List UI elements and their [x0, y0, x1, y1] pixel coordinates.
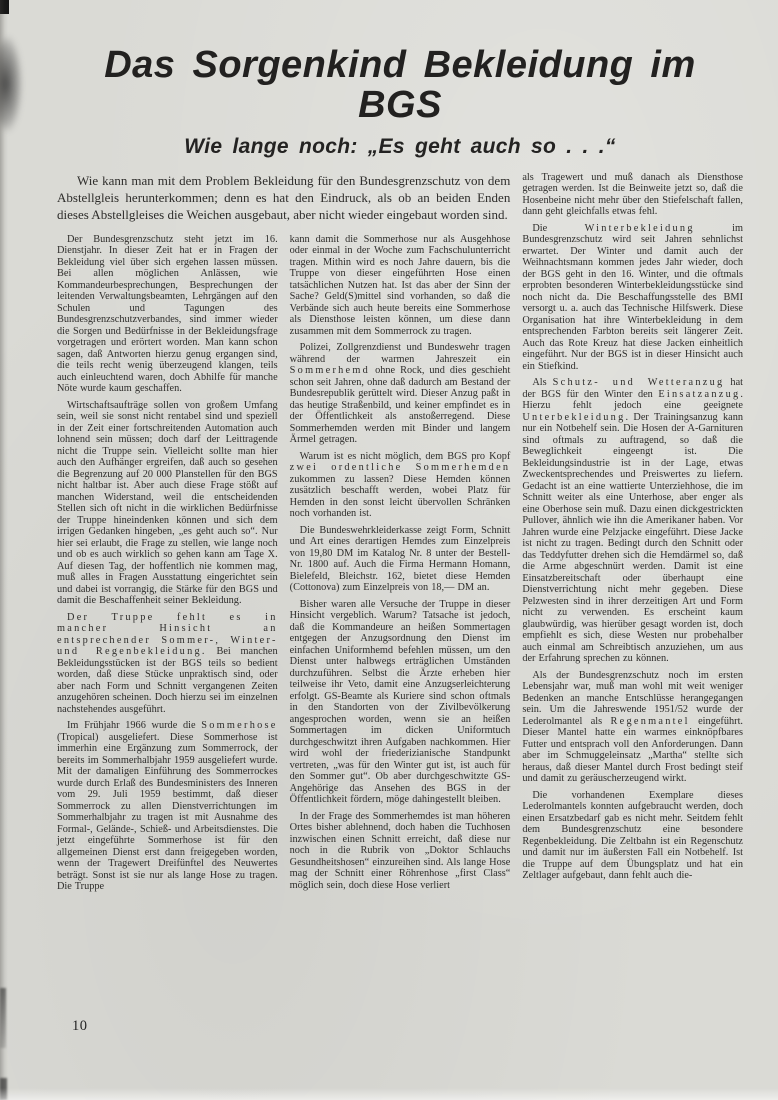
body-text: zukommen zu lassen? Diese Hemden können … [290, 474, 511, 520]
article-body: Wie kann man mit dem Problem Bekleidung … [57, 172, 743, 893]
paragraph: Die vorhandenen Exemplare dieses Lederol… [522, 790, 743, 882]
emphasized-spaced-text: Winterbekleidung [585, 223, 695, 234]
magazine-page: Das Sorgenkind Bekleidung im BGS Wie lan… [0, 0, 778, 1100]
paragraph: Polizei, Zollgrenzdienst und Bundeswehr … [290, 342, 511, 446]
body-text: im Bundesgrenzschutz wird seit Jahren se… [522, 223, 743, 372]
body-text: Wirtschaftsaufträge sollen von großem Um… [57, 400, 278, 607]
paragraph: Die Bundeswehrkleiderkasse zeigt Form, S… [290, 525, 511, 594]
body-text: als Tragewert und muß danach als Diensth… [522, 172, 743, 218]
text-column-left: Der Bundesgrenzschutz steht jetzt im 16.… [57, 234, 278, 893]
paragraph: Im Frühjahr 1966 wurde die Sommerhose (T… [57, 720, 278, 893]
scan-bottom-edge [0, 1088, 778, 1100]
body-text: Bisher waren alle Versuche der Truppe in… [290, 599, 511, 806]
body-text: Warum ist es nicht möglich, dem BGS pro … [300, 451, 511, 462]
body-text: . Der Trainingsanzug kann nur ein Notbeh… [522, 412, 743, 665]
body-text: In der Frage des Sommerhemdes ist man hö… [290, 811, 511, 891]
body-text: kann damit die Sommerhose nur als Ausgeh… [290, 234, 511, 337]
body-text: Der Bundesgrenzschutz steht jetzt im 16.… [57, 234, 278, 395]
paragraph: Bisher waren alle Versuche der Truppe in… [290, 599, 511, 806]
paragraph: als Tragewert und muß danach als Diensth… [522, 172, 743, 218]
text-column-right: als Tragewert und muß danach als Diensth… [522, 172, 743, 893]
paragraph: Die Winterbekleidung im Bundesgrenzschut… [522, 223, 743, 373]
article-title: Das Sorgenkind Bekleidung im BGS [57, 46, 743, 126]
paragraph: In der Frage des Sommerhemdes ist man hö… [290, 811, 511, 892]
body-text: Die [532, 223, 584, 234]
scan-left-edge [0, 0, 8, 1100]
body-text: Als [532, 377, 552, 388]
article: Das Sorgenkind Bekleidung im BGS Wie lan… [57, 46, 743, 893]
scan-left-bottom-marks [0, 988, 6, 1048]
article-subtitle: Wie lange noch: „Es geht auch so . . .“ [57, 135, 743, 159]
article-intro: Wie kann man mit dem Problem Bekleidung … [57, 172, 510, 223]
paragraph: Als der Bundesgrenzschutz noch im ersten… [522, 670, 743, 785]
body-text: (Tropical) ausgeliefert. Diese Sommerhos… [57, 732, 278, 893]
text-column-middle: kann damit die Sommerhose nur als Ausgeh… [290, 234, 511, 893]
paragraph: Wirtschaftsaufträge sollen von großem Um… [57, 400, 278, 607]
paragraph: Als Schutz- und Wetteranzug hat der BGS … [522, 377, 743, 665]
emphasized-spaced-text: Schutz- und Wetteranzug [553, 377, 725, 388]
body-text: Polizei, Zollgrenzdienst und Bundeswehr … [290, 342, 511, 365]
emphasized-spaced-text: Sommerhemd [290, 365, 370, 376]
emphasized-spaced-text: Einsatzanzug [658, 389, 740, 400]
page-number: 10 [72, 1018, 88, 1035]
emphasized-spaced-text: Unterbekleidung [522, 412, 625, 423]
body-text: Die Bundeswehrkleiderkasse zeigt Form, S… [290, 525, 511, 594]
body-text: Im Frühjahr 1966 wurde die [67, 720, 201, 731]
paragraph: kann damit die Sommerhose nur als Ausgeh… [290, 234, 511, 338]
emphasized-spaced-text: Sommerhose [201, 720, 277, 731]
emphasized-spaced-text: zwei ordentliche Sommerhemden [290, 462, 511, 473]
paragraph: Der Truppe fehlt es in mancher Hinsicht … [57, 612, 278, 716]
body-text: Die vorhandenen Exemplare dieses Lederol… [522, 790, 743, 882]
paragraph: Warum ist es nicht möglich, dem BGS pro … [290, 451, 511, 520]
emphasized-spaced-text: Regenmantel [611, 716, 690, 727]
body-text: ohne Rock, und dies geschieht schon seit… [290, 365, 511, 445]
paragraph: Der Bundesgrenzschutz steht jetzt im 16.… [57, 234, 278, 395]
